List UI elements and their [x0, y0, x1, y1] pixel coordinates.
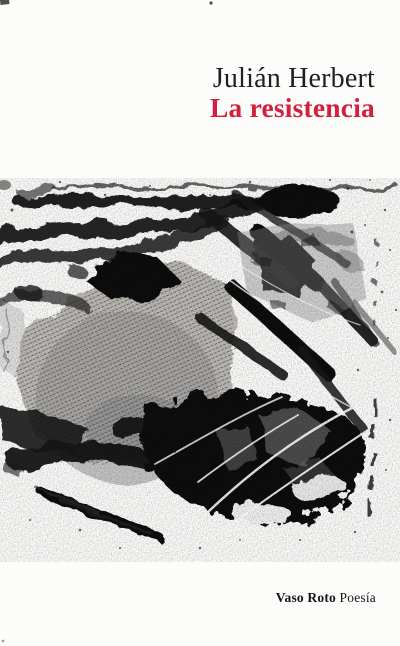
author-name: Julián Herbert	[210, 64, 375, 93]
book-title: La resistencia	[210, 94, 375, 123]
publisher-line: Vaso Roto Poesía	[276, 590, 376, 606]
title-block: Julián Herbert La resistencia	[210, 64, 375, 123]
publisher-series: Poesía	[340, 590, 376, 605]
publisher-name: Vaso Roto	[276, 590, 336, 605]
book-cover: Julián Herbert La resistencia Vaso Roto …	[0, 0, 400, 646]
